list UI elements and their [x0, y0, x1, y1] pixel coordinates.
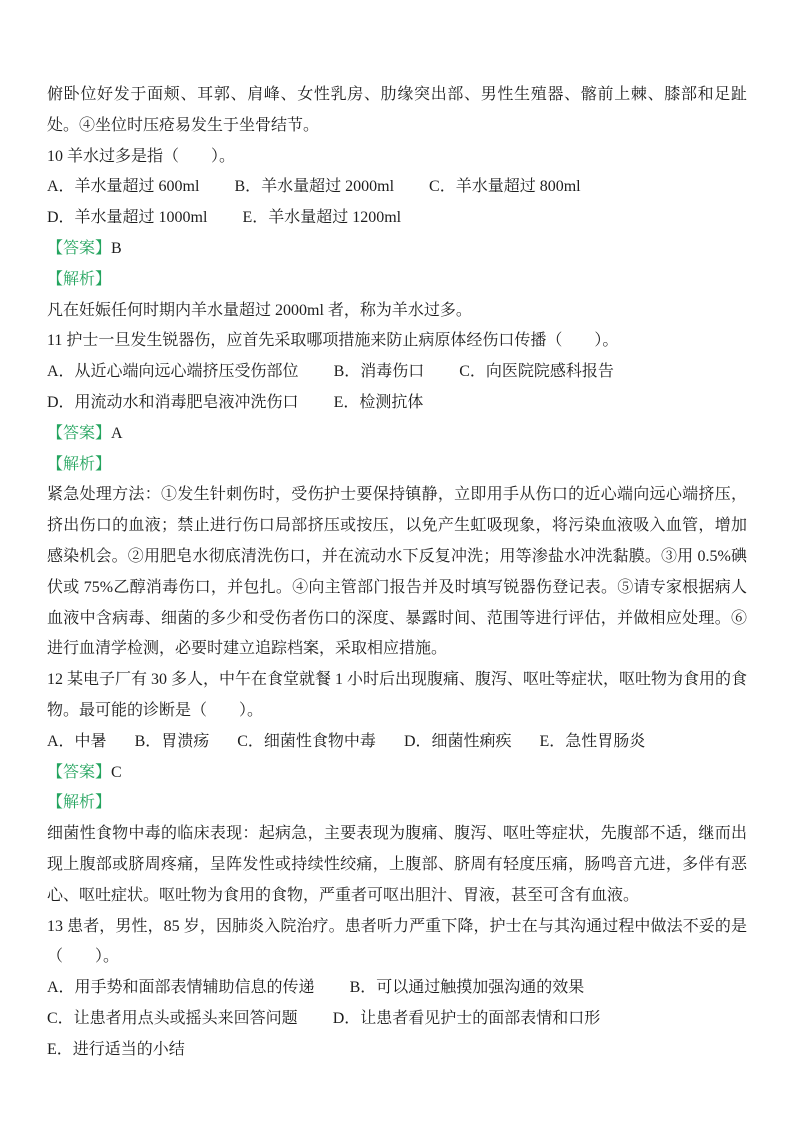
question-12-answer-line: 【答案】C [47, 758, 747, 789]
question-12-analysis: 细菌性食物中毒的临床表现：起病急，主要表现为腹痛、腹泻、呕吐等症状，先腹部不适，… [47, 819, 747, 911]
question-11-options-row-1: A．从近心端向远心端挤压受伤部位 B．消毒伤口 C．向医院院感科报告 [47, 357, 747, 388]
option-a: A．用手势和面部表情辅助信息的传递 [47, 973, 315, 1004]
answer-value: C [111, 764, 122, 781]
question-10-options-row-1: A．羊水量超过 600ml B．羊水量超过 2000ml C．羊水量超过 800… [47, 172, 747, 203]
question-13-options-row-2: C．让患者用点头或摇头来回答问题 D．让患者看见护士的面部表情和口形 [47, 1004, 747, 1035]
analysis-label: 【解析】 [47, 794, 111, 811]
option-b: B．消毒伤口 [334, 357, 425, 388]
option-b: B．胃溃疡 [135, 727, 210, 758]
analysis-label: 【解析】 [47, 271, 111, 288]
option-c: C．让患者用点头或摇头来回答问题 [47, 1004, 298, 1035]
option-d: D．羊水量超过 1000ml [47, 203, 207, 234]
answer-label: 【答案】 [47, 240, 111, 257]
question-10-analysis-label: 【解析】 [47, 265, 747, 296]
intro-paragraph: 俯卧位好发于面颊、耳郭、肩峰、女性乳房、肋缘突出部、男性生殖器、髂前上棘、膝部和… [47, 80, 747, 142]
option-e: E．急性胃肠炎 [540, 727, 646, 758]
question-13-stem: 13 患者，男性，85 岁，因肺炎入院治疗。患者听力严重下降，护士在与其沟通过程… [47, 912, 747, 974]
answer-label: 【答案】 [47, 425, 111, 442]
question-13-options-row-1: A．用手势和面部表情辅助信息的传递 B．可以通过触摸加强沟通的效果 [47, 973, 747, 1004]
question-11-analysis-label: 【解析】 [47, 450, 747, 481]
answer-value: A [111, 425, 123, 442]
analysis-label: 【解析】 [47, 456, 111, 473]
question-11-answer-line: 【答案】A [47, 419, 747, 450]
option-b: B．羊水量超过 2000ml [234, 172, 394, 203]
option-c: C．向医院院感科报告 [459, 357, 614, 388]
option-e: E．羊水量超过 1200ml [242, 203, 401, 234]
question-13-options-row-3: E．进行适当的小结 [47, 1035, 747, 1066]
option-d: D．让患者看见护士的面部表情和口形 [333, 1004, 601, 1035]
option-b: B．可以通过触摸加强沟通的效果 [350, 973, 585, 1004]
question-11-options-row-2: D．用流动水和消毒肥皂液冲洗伤口 E．检测抗体 [47, 388, 747, 419]
option-a: A．从近心端向远心端挤压受伤部位 [47, 357, 299, 388]
question-10-stem: 10 羊水过多是指（ ）。 [47, 142, 747, 173]
option-d: D．用流动水和消毒肥皂液冲洗伤口 [47, 388, 299, 419]
question-12-analysis-label: 【解析】 [47, 788, 747, 819]
question-10-analysis: 凡在妊娠任何时期内羊水量超过 2000ml 者，称为羊水过多。 [47, 296, 747, 327]
option-a: A．中暑 [47, 727, 107, 758]
question-10-answer-line: 【答案】B [47, 234, 747, 265]
question-10-options-row-2: D．羊水量超过 1000ml E．羊水量超过 1200ml [47, 203, 747, 234]
question-11-stem: 11 护士一旦发生锐器伤，应首先采取哪项措施来防止病原体经伤口传播（ ）。 [47, 326, 747, 357]
option-c: C．细菌性食物中毒 [237, 727, 376, 758]
answer-value: B [111, 240, 122, 257]
question-12-stem: 12 某电子厂有 30 多人，中午在食堂就餐 1 小时后出现腹痛、腹泻、呕吐等症… [47, 665, 747, 727]
question-12-options-row-1: A．中暑 B．胃溃疡 C．细菌性食物中毒 D．细菌性痢疾 E．急性胃肠炎 [47, 727, 747, 758]
option-e: E．检测抗体 [334, 388, 424, 419]
answer-label: 【答案】 [47, 764, 111, 781]
question-11-analysis: 紧急处理方法：①发生针刺伤时，受伤护士要保持镇静，立即用手从伤口的近心端向远心端… [47, 480, 747, 665]
document-page: 俯卧位好发于面颊、耳郭、肩峰、女性乳房、肋缘突出部、男性生殖器、髂前上棘、膝部和… [0, 0, 793, 1122]
option-e: E．进行适当的小结 [47, 1035, 185, 1066]
option-c: C．羊水量超过 800ml [429, 172, 581, 203]
option-a: A．羊水量超过 600ml [47, 172, 199, 203]
option-d: D．细菌性痢疾 [404, 727, 512, 758]
